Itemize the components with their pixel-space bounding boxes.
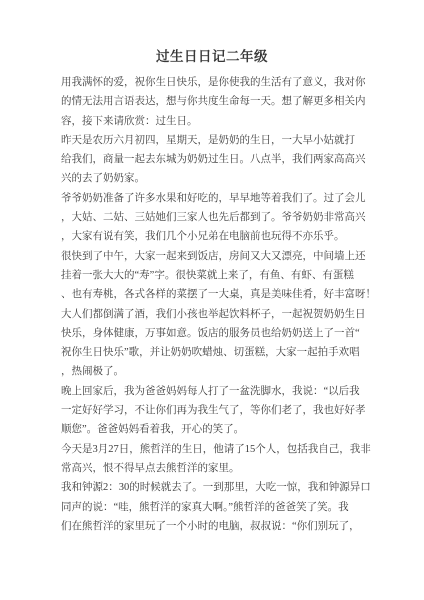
text-line: 容，接下来请欣赏：过生日。 bbox=[61, 112, 363, 131]
text-line: ，大姑、二姑、三姑她们三家人也先后都到了。爷爷奶奶非常高兴 bbox=[61, 208, 363, 227]
text-line: 常高兴，恨不得早点去熊哲洋的家里。 bbox=[61, 459, 363, 478]
text-line: 大人们都倒满了酒，我们小孩也举起饮料杯子，一起祝贺奶奶生日 bbox=[61, 305, 363, 324]
text-line: ，大家有说有笑，我们几个小兄弟在电脑前也玩得不亦乐乎。 bbox=[61, 227, 363, 246]
text-line: 兴的去了奶奶家。 bbox=[61, 169, 363, 188]
text-line: ，热闹极了。 bbox=[61, 362, 363, 381]
text-line: 晚上回家后，我为爸爸妈妈每人打了一盆洗脚水，我说：“以后我 bbox=[61, 382, 363, 401]
text-line: 爷爷奶奶准备了许多水果和好吃的，早早地等着我们了。过了会儿 bbox=[61, 189, 363, 208]
text-line: 一定好好学习，不让你们再为我生气了，等你们老了，我也好好孝 bbox=[61, 401, 363, 420]
text-line: 同声的说：“哇，熊哲洋的家真大啊。”熊哲洋的爸爸笑了笑。我 bbox=[61, 498, 363, 517]
text-line: 昨天是农历六月初四，星期天，是奶奶的生日，一大早小姑就打 bbox=[61, 131, 363, 150]
text-line: 的情无法用言语表达，想与你共度生命每一天。想了解更多相关内 bbox=[61, 92, 363, 111]
text-line: 们在熊哲洋的家里玩了一个小时的电脑，叔叔说：“你们别玩了， bbox=[61, 517, 363, 536]
text-line: 很快到了中午，大家一起来到饭店，房间又大又漂亮，中间墙上还 bbox=[61, 247, 363, 266]
text-line: 今天是3月27日，熊哲洋的生日，他请了15个人，包括我自己，我非 bbox=[61, 440, 363, 459]
document-page: 过生日日记二年级 用我满怀的爱，祝你生日快乐，是你使我的生活有了意义，我对你 的… bbox=[0, 0, 424, 600]
text-line: 顺您”。爸爸妈妈看着我，开心的笑了。 bbox=[61, 420, 363, 439]
text-line: 挂着一张大大的“寿”字。很快菜就上来了，有鱼、有虾、有蛋糕 bbox=[61, 266, 363, 285]
text-line: 快乐，身体健康，万事如意。饭店的服务员也给奶奶送上了一首“ bbox=[61, 324, 363, 343]
document-body: 用我满怀的爱，祝你生日快乐，是你使我的生活有了意义，我对你 的情无法用言语表达，… bbox=[61, 73, 363, 536]
document-title: 过生日日记二年级 bbox=[0, 0, 424, 65]
text-line: 祝你生日快乐”歌，并让奶奶吹蜡烛、切蛋糕，大家一起拍手欢唱 bbox=[61, 343, 363, 362]
text-line: 用我满怀的爱，祝你生日快乐，是你使我的生活有了意义，我对你 bbox=[61, 73, 363, 92]
text-line: 我和钟源2：30的时候就去了。一到那里，大吃一惊，我和钟源异口 bbox=[61, 478, 363, 497]
text-line: 、也有寿桃，各式各样的菜摆了一大桌，真是美味佳肴，好丰富呀！ bbox=[61, 285, 363, 304]
text-line: 给我们，商量一起去东城为奶奶过生日。八点半，我们两家高高兴 bbox=[61, 150, 363, 169]
